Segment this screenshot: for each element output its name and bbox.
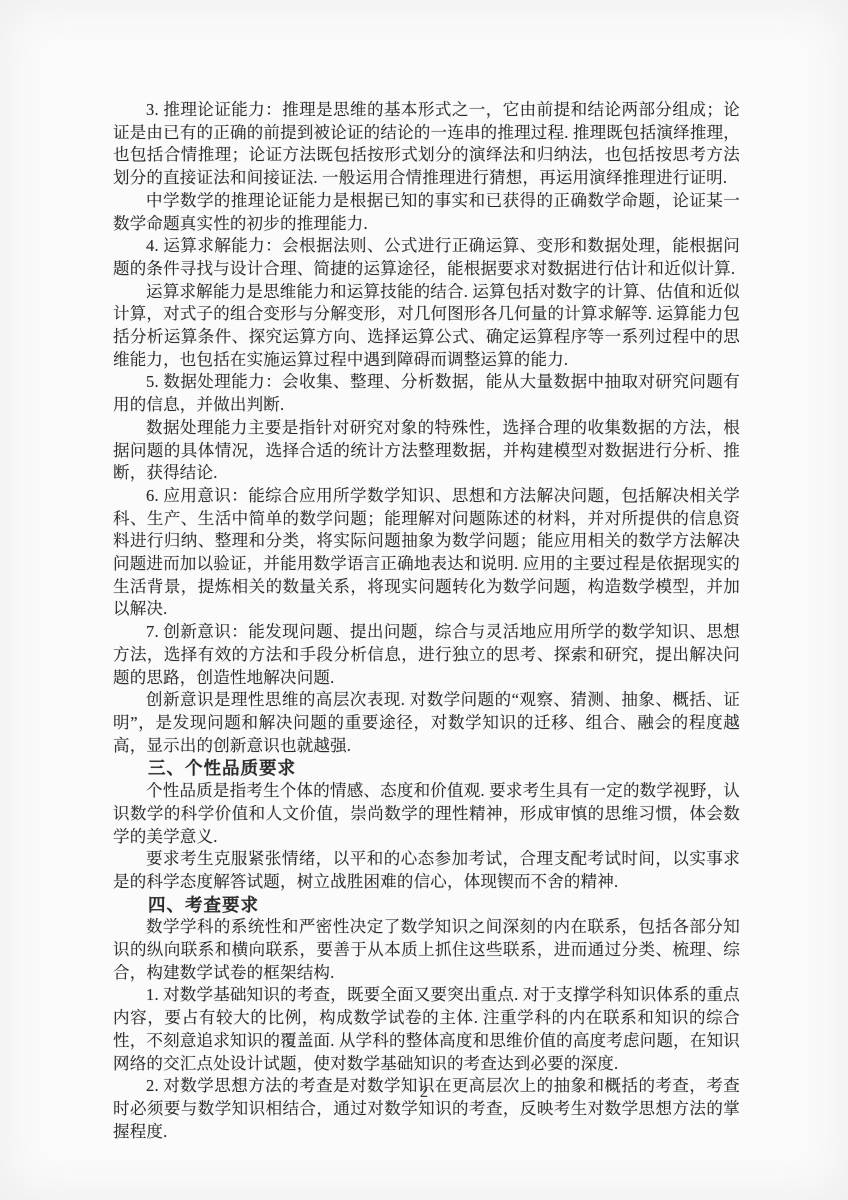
- paragraph-data-processing-detail: 数据处理能力主要是指针对研究对象的特殊性，选择合理的收集数据的方法，根据问题的具…: [113, 417, 740, 485]
- paragraph-reasoning-ability: 3. 推理论证能力：推理是思维的基本形式之一，它由前提和结论两部分组成；论证是由…: [113, 99, 740, 190]
- paragraph-application-awareness: 6. 应用意识：能综合应用所学数学知识、思想和方法解决问题，包括解决相关学科、生…: [113, 485, 740, 621]
- paragraph-innovation-detail: 创新意识是理性思维的高层次表现. 对数学问题的“观察、猜测、抽象、概括、证明”，…: [113, 689, 740, 757]
- page-number: 2: [0, 1082, 848, 1102]
- paragraph-exam-basic-knowledge: 1. 对数学基础知识的考查，既要全面又要突出重点. 对于支撑学科知识体系的重点内…: [113, 984, 740, 1075]
- document-page: 3. 推理论证能力：推理是思维的基本形式之一，它由前提和结论两部分组成；论证是由…: [0, 0, 848, 1200]
- paragraph-exam-structure: 数学学科的系统性和严密性决定了数学知识之间深刻的内在联系，包括各部分知识的纵向联…: [113, 916, 740, 984]
- paragraph-computation-ability: 4. 运算求解能力：会根据法则、公式进行正确运算、变形和数据处理，能根据问题的条…: [113, 235, 740, 280]
- section-heading-personality: 三、个性品质要求: [113, 757, 740, 780]
- paragraph-innovation-awareness: 7. 创新意识：能发现问题、提出问题，综合与灵活地应用所学的数学知识、思想方法，…: [113, 621, 740, 689]
- paragraph-reasoning-definition: 中学数学的推理论证能力是根据已知的事实和已获得的正确数学命题，论证某一数学命题真…: [113, 190, 740, 235]
- paragraph-personality-requirement: 要求考生克服紧张情绪，以平和的心态参加考试，合理支配考试时间，以实事求是的科学态…: [113, 848, 740, 893]
- paragraph-personality-definition: 个性品质是指考生个体的情感、态度和价值观. 要求考生具有一定的数学视野，认识数学…: [113, 780, 740, 848]
- section-heading-examination: 四、考查要求: [113, 894, 740, 917]
- document-body: 3. 推理论证能力：推理是思维的基本形式之一，它由前提和结论两部分组成；论证是由…: [113, 99, 740, 1143]
- paragraph-data-processing-ability: 5. 数据处理能力：会收集、整理、分析数据，能从大量数据中抽取对研究问题有用的信…: [113, 371, 740, 416]
- paragraph-computation-detail: 运算求解能力是思维能力和运算技能的结合. 运算包括对数字的计算、估值和近似计算，…: [113, 281, 740, 372]
